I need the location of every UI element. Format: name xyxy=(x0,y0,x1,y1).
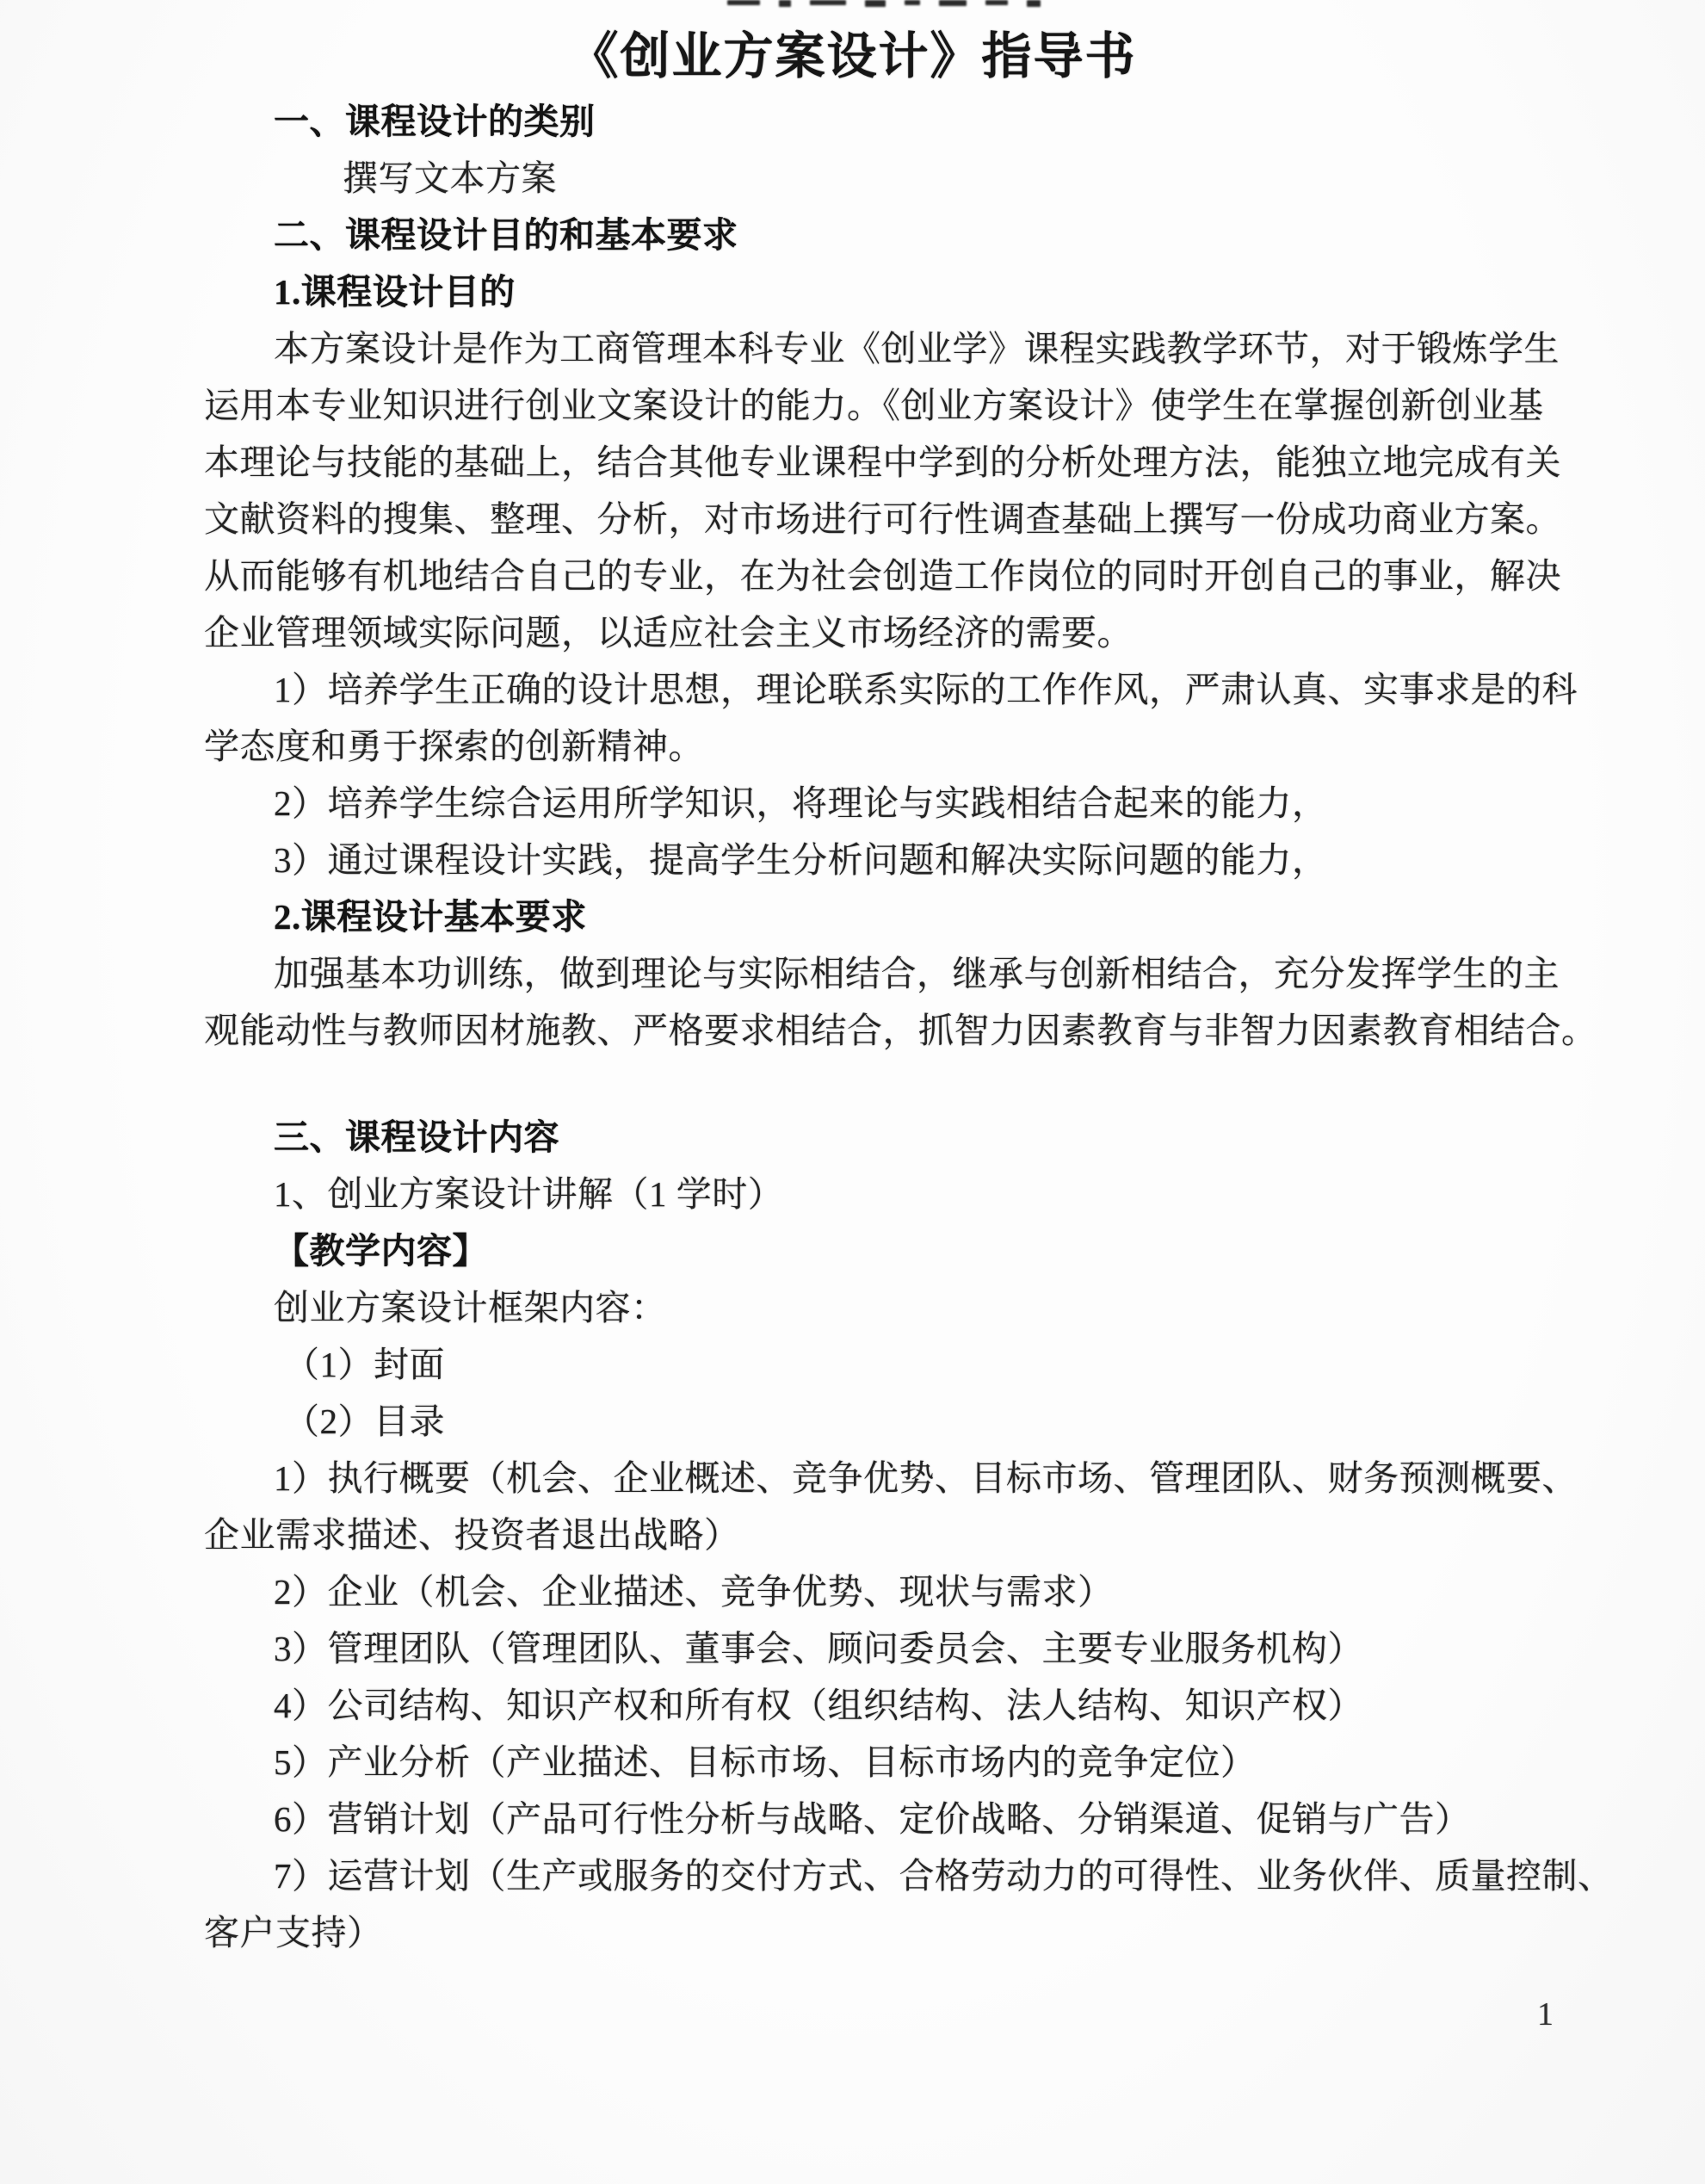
text-line: 创业方案设计框架内容： xyxy=(274,1279,1705,1336)
text-line: 观能动性与教师因材施教、严格要求相结合，抓智力因素教育与非智力因素教育相结合。 xyxy=(204,1002,1705,1059)
heading-line: 一、课程设计的类别 xyxy=(274,93,1705,150)
heading-line: 【教学内容】 xyxy=(274,1222,1705,1279)
document-body: 一、课程设计的类别撰写文本方案二、课程设计目的和基本要求1.课程设计目的本方案设… xyxy=(0,93,1705,1961)
text-line: 7）运营计划（生产或服务的交付方式、合格劳动力的可得性、业务伙伴、质量控制、 xyxy=(274,1847,1705,1904)
scanned-document-page: 《创业方案设计》指导书 一、课程设计的类别撰写文本方案二、课程设计目的和基本要求… xyxy=(0,0,1705,2184)
text-line: 1）执行概要（机会、企业概述、竞争优势、目标市场、管理团队、财务预测概要、 xyxy=(274,1450,1705,1507)
heading-line: 三、课程设计内容 xyxy=(274,1109,1705,1166)
heading-line: 二、课程设计目的和基本要求 xyxy=(274,207,1705,263)
text-line: 运用本专业知识进行创业文案设计的能力。《创业方案设计》使学生在掌握创新创业基 xyxy=(204,377,1705,434)
heading-line: 2.课程设计基本要求 xyxy=(274,888,1705,945)
blank-line xyxy=(0,1059,1705,1109)
text-line: 3）管理团队（管理团队、董事会、顾问委员会、主要专业服务机构） xyxy=(274,1620,1705,1677)
text-line: 2）培养学生综合运用所学知识，将理论与实践相结合起来的能力， xyxy=(274,775,1705,832)
text-line: 客户支持） xyxy=(204,1904,1705,1961)
text-line: 2）企业（机会、企业描述、竞争优势、现状与需求） xyxy=(274,1563,1705,1620)
text-line: 撰写文本方案 xyxy=(343,150,1705,207)
heading-line: 1.课程设计目的 xyxy=(274,263,1705,320)
text-line: 1）培养学生正确的设计思想，理论联系实际的工作作风，严肃认真、实事求是的科 xyxy=(274,661,1705,718)
text-line: 6）营销计划（产品可行性分析与战略、定价战略、分销渠道、促销与广告） xyxy=(274,1791,1705,1847)
page-number: 1 xyxy=(1537,1995,1554,2033)
document-title: 《创业方案设计》指导书 xyxy=(0,0,1705,93)
text-line: 文献资料的搜集、整理、分析，对市场进行可行性调查基础上撰写一份成功商业方案。 xyxy=(204,491,1705,548)
text-line: 3）通过课程设计实践，提高学生分析问题和解决实际问题的能力， xyxy=(274,832,1705,888)
text-line: （1）封面 xyxy=(284,1336,1705,1393)
text-line: 企业需求描述、投资者退出战略） xyxy=(204,1507,1705,1563)
text-line: 学态度和勇于探索的创新精神。 xyxy=(204,718,1705,775)
text-line: 本方案设计是作为工商管理本科专业《创业学》课程实践教学环节，对于锻炼学生 xyxy=(274,320,1705,377)
text-line: 4）公司结构、知识产权和所有权（组织结构、法人结构、知识产权） xyxy=(274,1677,1705,1734)
text-line: 本理论与技能的基础上，结合其他专业课程中学到的分析处理方法，能独立地完成有关 xyxy=(204,434,1705,491)
text-line: 5）产业分析（产业描述、目标市场、目标市场内的竞争定位） xyxy=(274,1734,1705,1791)
text-line: （2）目录 xyxy=(284,1393,1705,1450)
text-line: 从而能够有机地结合自己的专业，在为社会创造工作岗位的同时开创自己的事业，解决 xyxy=(204,548,1705,604)
text-line: 1、创业方案设计讲解（1 学时） xyxy=(274,1166,1705,1222)
text-line: 企业管理领域实际问题，以适应社会主义市场经济的需要。 xyxy=(204,604,1705,661)
text-line: 加强基本功训练，做到理论与实际相结合，继承与创新相结合，充分发挥学生的主 xyxy=(274,945,1705,1002)
cropped-previous-line-fragment xyxy=(727,0,1059,9)
